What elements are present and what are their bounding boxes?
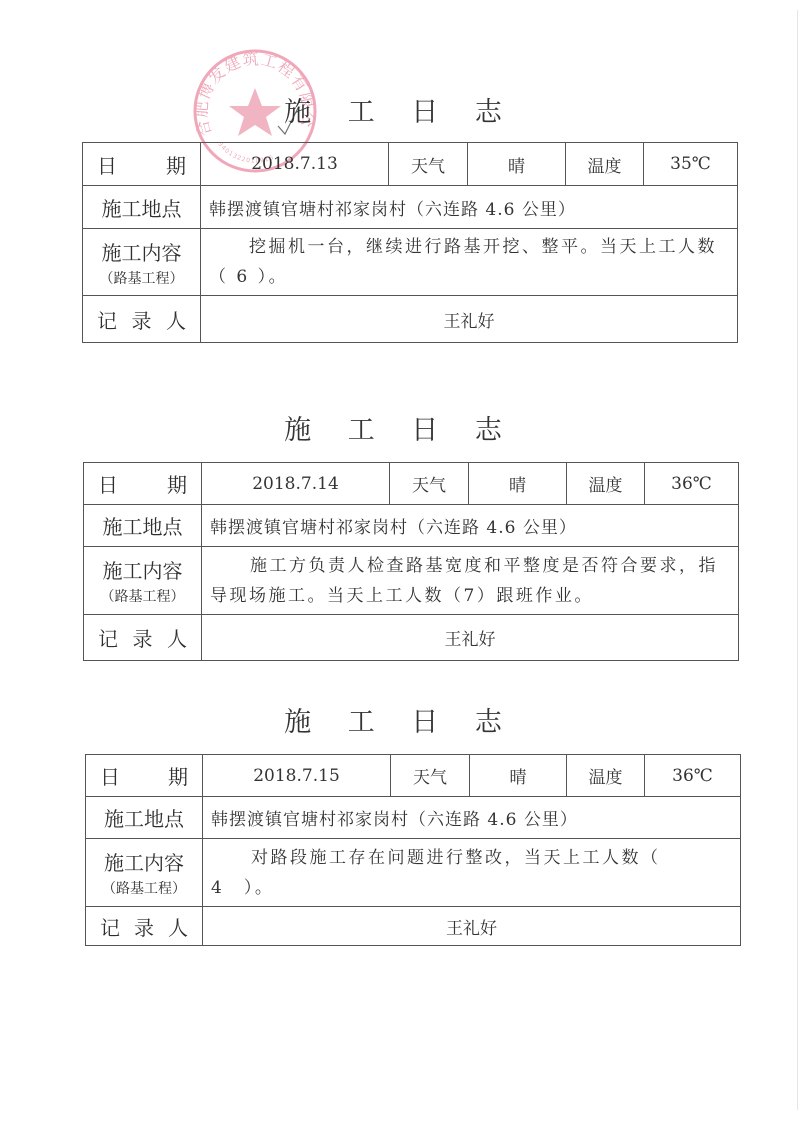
label-location: 施工地点 — [83, 186, 201, 229]
value-date: 2018.7.15 — [203, 755, 391, 797]
row-date: 日期 2018.7.14 天气 晴 温度 36℃ — [84, 463, 739, 505]
value-content: 对路段施工存在问题进行整改，当天上工人数（ 4 ）。 — [203, 839, 741, 907]
row-date: 日期 2018.7.15 天气 晴 温度 36℃ — [86, 755, 741, 797]
value-weather: 晴 — [469, 463, 567, 505]
value-recorder: 王礼好 — [201, 296, 738, 343]
value-location: 韩摆渡镇官塘村祁家岗村（六连路 4.6 公里） — [202, 505, 739, 547]
label-weather: 天气 — [391, 755, 470, 797]
value-temperature: 35℃ — [644, 143, 738, 186]
value-recorder: 王礼好 — [202, 615, 739, 661]
label-date: 日期 — [86, 755, 203, 797]
value-recorder: 王礼好 — [203, 907, 741, 946]
value-location: 韩摆渡镇官塘村祁家岗村（六连路 4.6 公里） — [201, 186, 738, 229]
row-content: 施工内容（路基工程） 施工方负责人检查路基宽度和平整度是否符合要求，指导现场施工… — [84, 547, 739, 615]
row-location: 施工地点 韩摆渡镇官塘村祁家岗村（六连路 4.6 公里） — [86, 797, 741, 839]
value-date: 2018.7.14 — [202, 463, 390, 505]
label-temperature: 温度 — [566, 143, 644, 186]
row-location: 施工地点 韩摆渡镇官塘村祁家岗村（六连路 4.6 公里） — [84, 505, 739, 547]
label-recorder: 记录人 — [86, 907, 203, 946]
label-content: 施工内容（路基工程） — [86, 839, 203, 907]
row-location: 施工地点 韩摆渡镇官塘村祁家岗村（六连路 4.6 公里） — [83, 186, 738, 229]
log-table: 日期 2018.7.13 天气 晴 温度 35℃ 施工地点 韩摆渡镇官塘村祁家岗… — [82, 142, 738, 343]
scan-right-edge — [797, 10, 798, 1110]
label-location: 施工地点 — [84, 505, 202, 547]
row-content: 施工内容（路基工程） 对路段施工存在问题进行整改，当天上工人数（ 4 ）。 — [86, 839, 741, 907]
label-content-sub: （路基工程） — [84, 586, 201, 606]
label-recorder: 记录人 — [83, 296, 201, 343]
value-temperature: 36℃ — [645, 463, 739, 505]
label-weather: 天气 — [390, 463, 469, 505]
value-date: 2018.7.13 — [201, 143, 389, 186]
log-title: 施 工 日 志 — [0, 90, 800, 129]
value-content: 挖掘机一台，继续进行路基开挖、整平。当天上工人数（ 6 ）。 — [201, 229, 738, 296]
value-weather: 晴 — [468, 143, 566, 186]
row-recorder: 记录人 王礼好 — [86, 907, 741, 946]
label-location: 施工地点 — [86, 797, 203, 839]
value-weather: 晴 — [470, 755, 567, 797]
scan-top-edge: ^^^^ — [0, 0, 800, 6]
row-date: 日期 2018.7.13 天气 晴 温度 35℃ — [83, 143, 738, 186]
label-date: 日期 — [83, 143, 201, 186]
value-temperature: 36℃ — [645, 755, 741, 797]
log-title: 施 工 日 志 — [0, 700, 800, 739]
value-location: 韩摆渡镇官塘村祁家岗村（六连路 4.6 公里） — [203, 797, 741, 839]
log-table: 日期 2018.7.14 天气 晴 温度 36℃ 施工地点 韩摆渡镇官塘村祁家岗… — [83, 462, 739, 661]
label-recorder: 记录人 — [84, 615, 202, 661]
row-recorder: 记录人 王礼好 — [84, 615, 739, 661]
label-temperature: 温度 — [567, 463, 645, 505]
value-content: 施工方负责人检查路基宽度和平整度是否符合要求，指导现场施工。当天上工人数（7）跟… — [202, 547, 739, 615]
row-content: 施工内容（路基工程） 挖掘机一台，继续进行路基开挖、整平。当天上工人数（ 6 ）… — [83, 229, 738, 296]
label-date: 日期 — [84, 463, 202, 505]
log-table: 日期 2018.7.15 天气 晴 温度 36℃ 施工地点 韩摆渡镇官塘村祁家岗… — [85, 754, 741, 946]
label-content-sub: （路基工程） — [83, 268, 200, 288]
label-content-sub: （路基工程） — [86, 878, 202, 898]
row-recorder: 记录人 王礼好 — [83, 296, 738, 343]
label-temperature: 温度 — [567, 755, 645, 797]
label-weather: 天气 — [389, 143, 468, 186]
label-content: 施工内容（路基工程） — [84, 547, 202, 615]
log-title: 施 工 日 志 — [0, 408, 800, 447]
label-content: 施工内容（路基工程） — [83, 229, 201, 296]
